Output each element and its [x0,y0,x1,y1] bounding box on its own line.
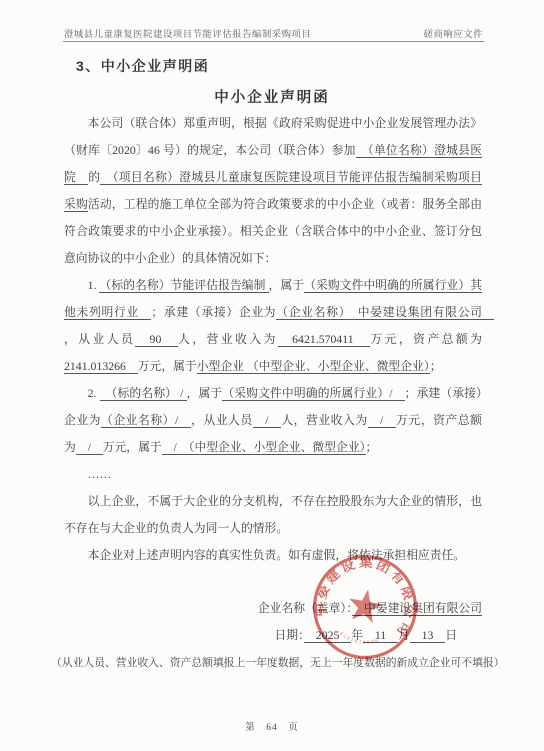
declaration-intro: 本公司（联合体）郑重声明，根据《政府采购促进中小企业发展管理办法》（财库〔202… [64,110,482,272]
responsibility-clause: 本企业对上述声明内容的真实性负责。如有虚假，将依法承担相应责任。 [64,542,482,569]
filled-blank: 小型企业 （中型企业、小型企业、微型企业） [197,359,430,374]
text-run: ，从业人员 [64,332,135,346]
text-run: 的 [88,170,100,184]
text-run: 日 [445,628,457,642]
filled-blank: （企业名称） 中晏建设集团有限公司 [276,305,494,320]
text-run: 月 [398,628,410,642]
filled-blank: （标的名称） / [100,386,187,401]
page-header: 澄城县儿童康复医院建设项目节能评估报告编制采购项目 磋商响应文件 [64,26,483,40]
text-run: ，属于 [187,386,223,400]
signature-date-line: 日期： 2025 年 11 月 13 日 [64,622,482,649]
filled-blank: 中晏建设集团有限公司 [352,601,482,616]
filled-blank: （标的名称）节能评估报告编制 [99,278,268,293]
text-run: 活动，工程的施工单位全部为符合政策要求的中小企业（或者：服务全部由符合政策要求的… [64,197,482,265]
document-page: 澄城县儿童康复医院建设项目节能评估报告编制采购项目 磋商响应文件 3、中小企业声… [0,0,544,751]
header-project-title: 澄城县儿童康复医院建设项目节能评估报告编制采购项目 [64,26,311,40]
filled-blank: / [253,413,281,428]
filled-blank: / [368,413,396,428]
big-enterprise-clause: 以上企业，不属于大企业的分支机构，不存在控股股东为大企业的情形，也不存在与大企业… [64,488,482,542]
signature-company-line: 企业名称（盖章）： 中晏建设集团有限公司 [64,595,482,622]
filled-blank: / （中型企业、小型企业、微型企业） [162,440,366,455]
text-run: 人，营业收入为 [281,413,367,427]
text-run: ； [366,440,378,454]
text-run: ； [430,359,442,373]
filled-blank: 90 [135,332,178,347]
header-rule [63,41,484,42]
filled-blank: 13 [410,628,445,643]
text-run: 2. [88,386,100,400]
item-1: 1. （标的名称）节能评估报告编制 ，属于（采购文件中明确的所属行业）其他未列明… [64,272,482,380]
page-number: 第 64 页 [0,719,544,733]
text-run: 人，营业收入为 [178,332,278,346]
text-run: 以上企业，不属于大企业的分支机构，不存在控股股东为大企业的情形，也不存在与大企业… [64,494,482,535]
text-run: 1. [88,278,100,292]
item-2: 2. （标的名称） / ，属于（采购文件中明确的所属行业）/ ；承建（承接）企业… [64,380,482,461]
text-run: ，属于 [269,278,305,292]
filled-blank: 11 [363,628,398,643]
footnote: （从业人员、营业收入、资产总额填报上一年度数据，无上一年度数据的新成立企业可不填… [40,655,500,671]
text-run: 万元，资产总额为 [370,332,482,346]
ellipsis-line: …… [64,461,482,488]
document-title: 中小企业声明函 [0,86,544,107]
filled-blank: 2025 [304,628,351,643]
filled-blank: （企业名称）/ [101,413,191,428]
section-heading: 3、中小企业声明函 [76,56,209,76]
filled-blank: （采购文件中明确的所属行业）/ [222,386,404,401]
filled-blank: / [76,440,103,455]
text-run: 年 [351,628,363,642]
text-run: ；承建（承接）企业为 [151,305,276,319]
filled-blank: 2141.013266 [64,359,138,374]
text-run: ，从业人员 [191,413,253,427]
document-body: 本公司（联合体）郑重声明，根据《政府采购促进中小企业发展管理办法》（财库〔202… [64,110,482,649]
text-run: 万元，属于 [138,359,197,373]
header-doc-type: 磋商响应文件 [424,26,483,40]
text-run: 日期： [275,628,305,642]
text-run: 本企业对上述声明内容的真实性负责。如有虚假，将依法承担相应责任。 [88,548,466,562]
text-run: …… [88,467,112,481]
text-run: 万元，属于 [103,440,162,454]
text-run: 企业名称（盖章）： [258,601,352,615]
filled-blank: 6421.570411 [278,332,370,347]
